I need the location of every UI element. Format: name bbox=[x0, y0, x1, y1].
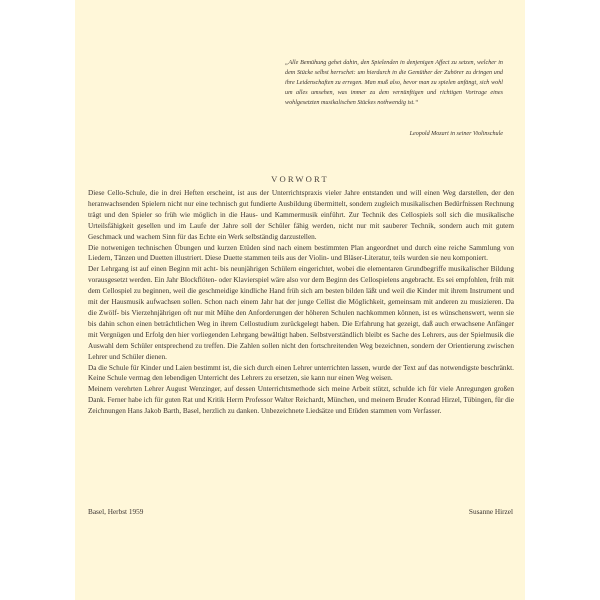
signoff: Basel, Herbst 1959 Susanne Hirzel bbox=[88, 508, 514, 516]
paragraph: Meinem verehrten Lehrer August Wenzinger… bbox=[88, 384, 514, 417]
paragraph: Da die Schule für Kinder und Laien besti… bbox=[88, 363, 514, 385]
page-title: VORWORT bbox=[75, 174, 525, 184]
epigraph-attribution: Leopold Mozart in seiner Violinschule bbox=[235, 131, 503, 137]
paragraph: Der Lehrgang ist auf einen Beginn mit ac… bbox=[88, 264, 514, 362]
paragraph: Die notwenigen technischen Übungen und k… bbox=[88, 243, 514, 265]
author-name: Susanne Hirzel bbox=[469, 508, 514, 516]
epigraph-quote: „Alle Bemühung gehet dahin, den Spielend… bbox=[285, 58, 503, 108]
paragraph: Diese Cello-Schule, die in drei Heften e… bbox=[88, 188, 514, 243]
document-page: „Alle Bemühung gehet dahin, den Spielend… bbox=[75, 0, 525, 600]
place-date: Basel, Herbst 1959 bbox=[88, 508, 143, 516]
preface-body: Diese Cello-Schule, die in drei Heften e… bbox=[88, 188, 514, 417]
